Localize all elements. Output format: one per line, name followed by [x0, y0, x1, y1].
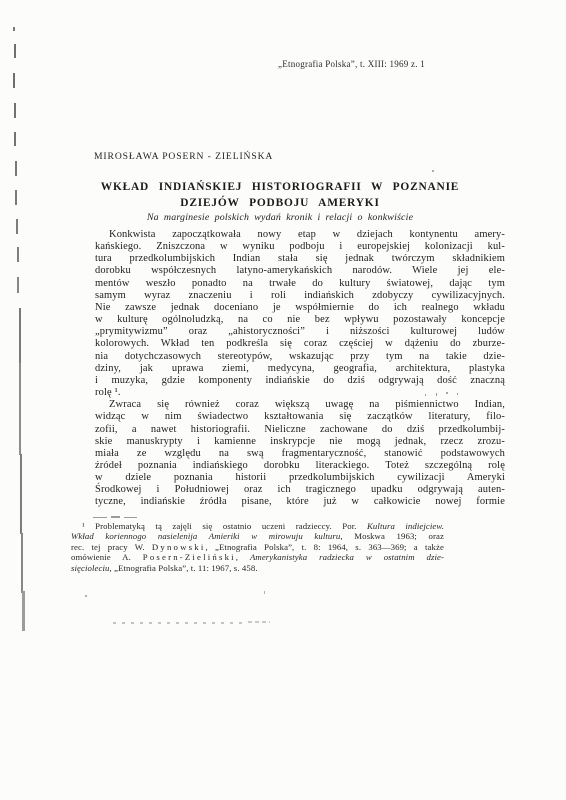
body-text: Konkwista zapoczątkowała nowy etap w dzi…: [95, 229, 505, 509]
scan-mark: [14, 44, 16, 58]
text-line: widząc w nim świadectwo kształtowania si…: [95, 411, 505, 423]
text-line: rolę ¹.: [95, 387, 505, 399]
text-line: w dziele poznania historii przedkolumbij…: [95, 472, 505, 484]
footnote-text-segment: ¹ Problematyką tą zajęli się ostatnio uc…: [82, 521, 367, 531]
article-subtitle: Na marginesie polskich wydań kronik i re…: [95, 212, 465, 223]
footnote-text-segment: , „Etnografia Polska”, t. 11: 1967, s. 4…: [110, 563, 258, 573]
text-line: samym wyraz znaczeniu i roli indiańskich…: [95, 290, 505, 302]
scan-mark: [15, 190, 17, 205]
footnote-rule-dash: [124, 517, 137, 518]
scan-speck: [85, 595, 87, 597]
scan-speck: [457, 393, 458, 395]
footnote-text-segment: Wkład koriennogo nasielenija Amieriki w …: [71, 531, 340, 541]
scanned-document-page: „Etnografia Polska”, t. XIII: 1969 z. 1 …: [0, 0, 566, 800]
text-line: miała ze względu na swą fragmentarycznoś…: [95, 448, 505, 460]
text-line: kańskiego. Zniszczona w wyniku podboju i…: [95, 241, 505, 253]
paragraph: Zwraca się również coraz większą uwagę n…: [95, 399, 505, 508]
text-line: tyczne, indiańskie źródła pisane, które …: [95, 496, 505, 508]
footnote-line: omówienie A. Posern-Zieliński, Amerykani…: [71, 552, 444, 562]
scan-smudge: [248, 621, 270, 623]
scan-mark: [14, 103, 16, 118]
scan-mark: [14, 132, 16, 146]
footnote-line: rec. tej pracy W. Dynowski, „Etnografia …: [71, 542, 444, 552]
scan-speck: [432, 170, 434, 172]
text-line: dorobku współczesnych latyno-amerykański…: [95, 265, 505, 277]
text-line: nia dotychczasowych stereotypów, wskazuj…: [95, 351, 505, 363]
scan-mark: [20, 454, 22, 534]
text-line: Konkwista zapoczątkowała nowy etap w dzi…: [95, 229, 505, 241]
scan-mark: [19, 308, 21, 364]
article-title-line2: DZIEJÓW PODBOJU AMERYKI: [95, 195, 465, 211]
text-line: Środkowej i Południowej oraz ich tragicz…: [95, 484, 505, 496]
author-name: MIROSŁAWA POSERN - ZIELIŃSKA: [94, 151, 273, 162]
scan-mark: [21, 533, 23, 593]
text-line: tura przedkolumbijskich Indian stała się…: [95, 253, 505, 265]
scan-mark: [19, 363, 21, 455]
footnote-rule-dash: [93, 517, 107, 518]
footnote-text-segment: Kultura indiejciew.: [367, 521, 444, 531]
footnote-text-segment: omówienie A.: [71, 552, 143, 562]
article-title: WKŁAD INDIAŃSKIEJ HISTORIOGRAFII W POZNA…: [95, 179, 465, 211]
scan-smudge: [113, 622, 243, 624]
footnote-line: ¹ Problematyką tą zajęli się ostatnio uc…: [71, 521, 444, 531]
footnote-text-segment: sięcioleciu: [71, 563, 110, 573]
scan-mark: [15, 161, 17, 176]
text-line: mentów weszło ponadto na trwałe do kultu…: [95, 278, 505, 290]
footnote-rule-dash: [111, 516, 120, 518]
text-line: Zwraca się również coraz większą uwagę n…: [95, 399, 505, 411]
text-line: „prymitywizmu” oraz „ahistoryczności” i …: [95, 326, 505, 338]
scan-mark: [17, 277, 19, 293]
text-line: i muzyka, gdzie komponenty indiańskie do…: [95, 375, 505, 387]
text-line: w kulturę ogólnoludzką, na co nie bez wp…: [95, 314, 505, 326]
scan-mark: [13, 73, 15, 88]
footnote-text-segment: , Moskwa 1963; oraz: [340, 531, 444, 541]
scan-mark: [13, 27, 15, 31]
text-line: dziny, jak uprawa ziemi, medycyna, geogr…: [95, 363, 505, 375]
footnote-rule: [93, 516, 143, 519]
scan-mark: [22, 591, 25, 631]
footnote-text-segment: Amerykanistyka radziecka w ostatnim dzie…: [250, 552, 444, 562]
scan-speck: [425, 394, 426, 396]
footnote-text-segment: Dynowski: [152, 542, 206, 552]
text-line: źródeł poznania indiańskiego dorobku lit…: [95, 460, 505, 472]
journal-header: „Etnografia Polska”, t. XIII: 1969 z. 1: [278, 59, 458, 69]
scan-mark: [17, 247, 19, 262]
footnote-text-segment: ,: [236, 552, 250, 562]
paragraph: Konkwista zapoczątkowała nowy etap w dzi…: [95, 229, 505, 399]
footnote-line: Wkład koriennogo nasielenija Amieriki w …: [71, 531, 444, 541]
footnote-text-segment: , „Etnografia Polska”, t. 8: 1964, s. 36…: [205, 542, 444, 552]
footnote-text-segment: rec. tej pracy W.: [71, 542, 152, 552]
footnote-line: sięcioleciu, „Etnografia Polska”, t. 11:…: [71, 563, 444, 573]
text-line: kolorowych. Wkład ten podkreśla się cora…: [95, 338, 505, 350]
text-line: Nie zawsze jednak doceniano je współmier…: [95, 302, 505, 314]
article-title-line1: WKŁAD INDIAŃSKIEJ HISTORIOGRAFII W POZNA…: [95, 179, 465, 195]
footnote: ¹ Problematyką tą zajęli się ostatnio uc…: [71, 521, 444, 573]
text-line: skie manuskrypty i kamienne inskrypcje n…: [95, 436, 505, 448]
scan-speck: [446, 392, 448, 394]
scan-speck: [264, 591, 265, 594]
scan-speck: [436, 393, 437, 396]
scan-mark: [16, 219, 18, 234]
footnote-text-segment: Posern-Zieliński: [143, 552, 236, 562]
text-line: zofii, a nawet historiografii. Nieliczne…: [95, 424, 505, 436]
